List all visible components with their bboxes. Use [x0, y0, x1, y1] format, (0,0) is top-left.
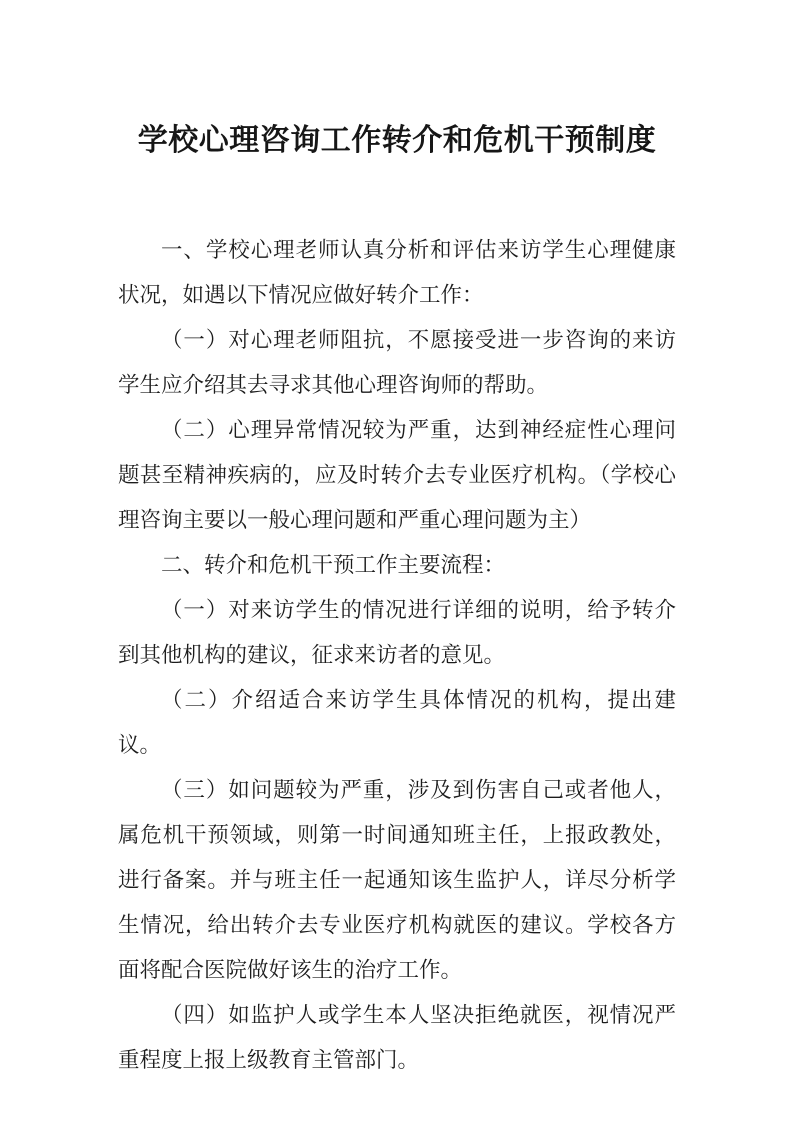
document-body: 一、学校心理老师认真分析和评估来访学生心理健康状况，如遇以下情况应做好转介工作：…	[118, 228, 676, 1083]
paragraph-section-2-item-4: （四）如监护人或学生本人坚决拒绝就医，视情况严重程度上报上级教育主管部门。	[118, 993, 676, 1083]
paragraph-section-1-item-2: （二）心理异常情况较为严重，达到神经症性心理问题甚至精神疾病的，应及时转介去专业…	[118, 408, 676, 543]
document-title: 学校心理咨询工作转介和危机干预制度	[118, 118, 676, 164]
paragraph-section-2-item-1: （一）对来访学生的情况进行详细的说明，给予转介到其他机构的建议，征求来访者的意见…	[118, 588, 676, 678]
paragraph-section-1-item-1: （一）对心理老师阻抗，不愿接受进一步咨询的来访学生应介绍其去寻求其他心理咨询师的…	[118, 318, 676, 408]
paragraph-section-2-intro: 二、转介和危机干预工作主要流程：	[118, 543, 676, 588]
document-page: 学校心理咨询工作转介和危机干预制度 一、学校心理老师认真分析和评估来访学生心理健…	[0, 0, 793, 1122]
paragraph-section-2-item-2: （二）介绍适合来访学生具体情况的机构，提出建议。	[118, 678, 676, 768]
paragraph-section-1-intro: 一、学校心理老师认真分析和评估来访学生心理健康状况，如遇以下情况应做好转介工作：	[118, 228, 676, 318]
paragraph-section-2-item-3: （三）如问题较为严重，涉及到伤害自己或者他人，属危机干预领域，则第一时间通知班主…	[118, 768, 676, 993]
